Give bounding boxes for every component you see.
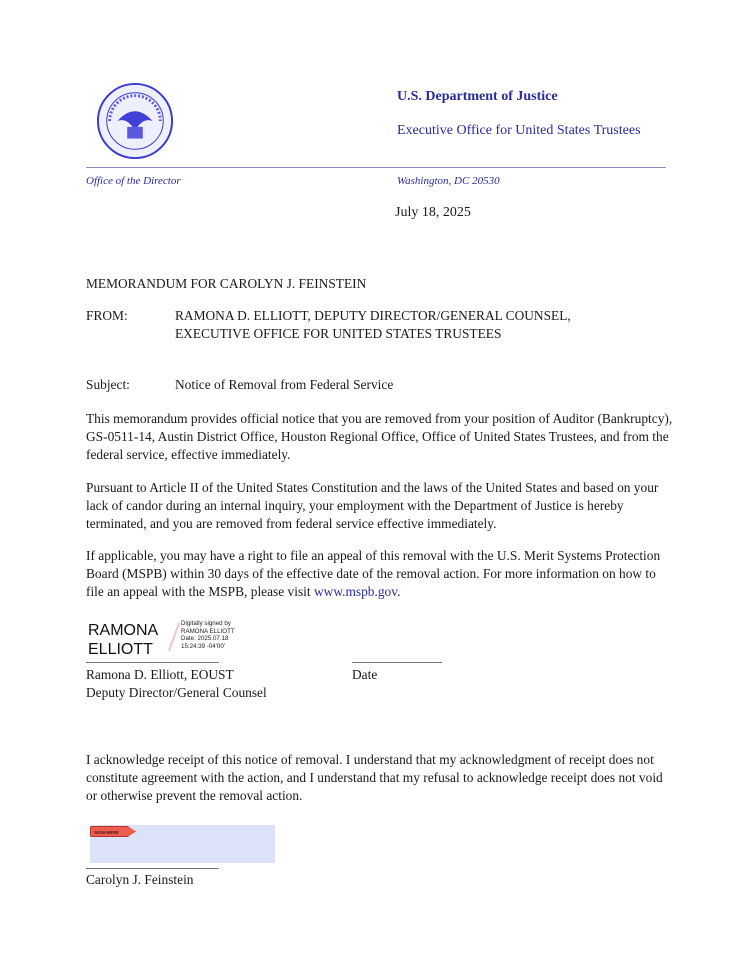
office-caption: Office of the Director (86, 175, 181, 187)
location-caption: Washington, DC 20530 (397, 175, 500, 187)
memo-date: July 18, 2025 (395, 205, 471, 221)
date-line (352, 662, 442, 663)
recipient-name: Carolyn J. Feinstein (86, 871, 194, 889)
recipient-signature-line (86, 868, 219, 869)
header-divider (86, 167, 666, 168)
subject-value: Notice of Removal from Federal Service (175, 376, 393, 394)
paragraph-removal-notice: This memorandum provides official notice… (86, 410, 676, 464)
signer-title: Deputy Director/General Counsel (86, 684, 267, 702)
digital-time: 15:24:39 -04'00' (181, 643, 235, 651)
signature-name-line-1: RAMONA (88, 621, 158, 640)
acknowledgment-text: I acknowledge receipt of this notice of … (86, 751, 676, 805)
from-line-2: EXECUTIVE OFFICE FOR UNITED STATES TRUST… (175, 325, 571, 343)
sign-here-tag[interactable]: SIGN HERE (90, 826, 136, 837)
digital-date: Date: 2025.07.18 (181, 635, 235, 643)
signature-line (86, 662, 219, 663)
from-value: RAMONA D. ELLIOTT, DEPUTY DIRECTOR/GENER… (175, 307, 571, 343)
doj-seal-icon (96, 82, 174, 160)
memo-recipient: MEMORANDUM FOR CAROLYN J. FEINSTEIN (86, 275, 366, 293)
paragraph-appeal: If applicable, you may have a right to f… (86, 547, 676, 601)
office-title: Executive Office for United States Trust… (397, 123, 641, 139)
signer-block: Ramona D. Elliott, EOUST Deputy Director… (86, 666, 267, 702)
digital-signer: RAMONA ELLIOTT (181, 628, 235, 636)
appeal-text-end: . (397, 584, 400, 599)
paragraph-termination: Pursuant to Article II of the United Sta… (86, 479, 676, 533)
department-title: U.S. Department of Justice (397, 89, 558, 105)
digital-signature-name[interactable]: RAMONA ELLIOTT (88, 621, 158, 659)
digital-signature-details: Digitally signed by RAMONA ELLIOTT Date:… (181, 620, 235, 650)
from-label: FROM: (86, 307, 128, 325)
date-label: Date (352, 666, 377, 684)
digital-signed-by: Digitally signed by (181, 620, 235, 628)
from-line-1: RAMONA D. ELLIOTT, DEPUTY DIRECTOR/GENER… (175, 307, 571, 325)
signature-stroke (168, 623, 180, 652)
signature-name-line-2: ELLIOTT (88, 640, 158, 659)
signer-name: Ramona D. Elliott, EOUST (86, 666, 267, 684)
mspb-link[interactable]: www.mspb.gov (314, 584, 397, 599)
subject-label: Subject: (86, 376, 130, 394)
